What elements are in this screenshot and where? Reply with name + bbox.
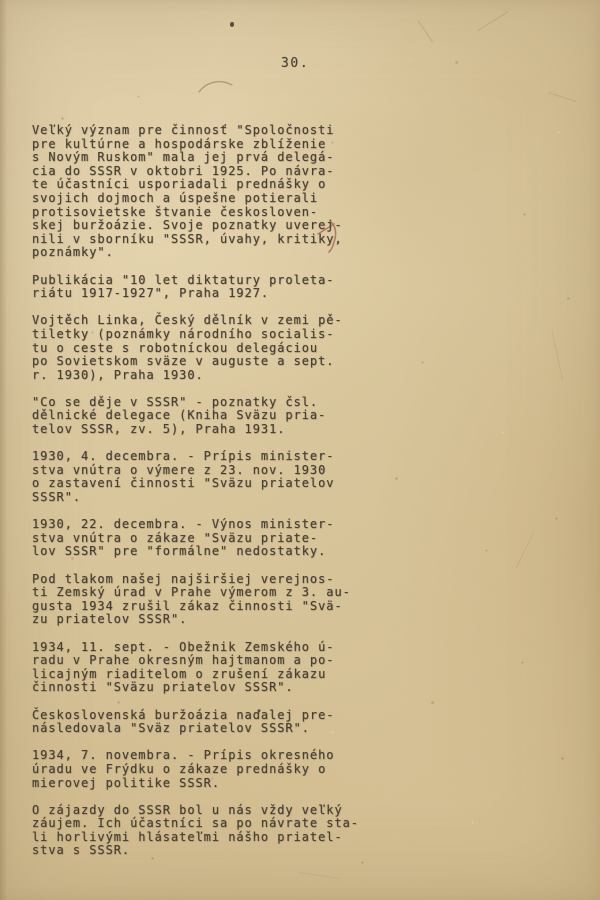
scanned-document-page: 30. Veľký význam pre činnosť "Spoločnost… [0, 0, 600, 900]
paragraph: O zájazdy do SSSR bol u nás vždy veľký z… [32, 804, 397, 858]
text-block: Veľký význam pre činnosť "Spoločnosti pr… [32, 124, 397, 872]
paper-crease [478, 11, 509, 31]
paragraph: Československá buržoázia naďalej pre- ná… [32, 709, 397, 736]
ink-speck [230, 22, 234, 27]
paragraph: 1934, 7. novembra. - Prípis okresného úr… [32, 749, 397, 790]
paragraph: Veľký význam pre činnosť "Spoločnosti pr… [32, 124, 397, 260]
paper-crease [548, 92, 577, 102]
paper-crease [516, 532, 534, 568]
paragraph: 1930, 22. decembra. - Výnos minister- st… [32, 518, 397, 559]
paper-specks [0, 0, 1, 1]
paper-crease [298, 872, 340, 879]
paragraph: 1930, 4. decembra. - Prípis minister- st… [32, 450, 397, 504]
paper-crease [552, 330, 564, 381]
pencil-curve-mark [197, 77, 235, 95]
paragraph: "Co se děje v SSSR" - poznatky čsl. děln… [32, 396, 397, 437]
paragraph: Pod tlakom našej najširšiej verejnos- ti… [32, 573, 397, 627]
paragraph: Vojtěch Linka, Český dělník v zemi pě- t… [32, 314, 397, 382]
paper-crease [418, 20, 433, 42]
page-number: 30. [281, 56, 309, 71]
paragraph: Publikácia "10 let diktatury proleta- ri… [32, 274, 397, 301]
page-left-edge-shading [0, 0, 7, 900]
paragraph: 1934, 11. sept. - Obežnik Zemského ú- ra… [32, 641, 397, 695]
